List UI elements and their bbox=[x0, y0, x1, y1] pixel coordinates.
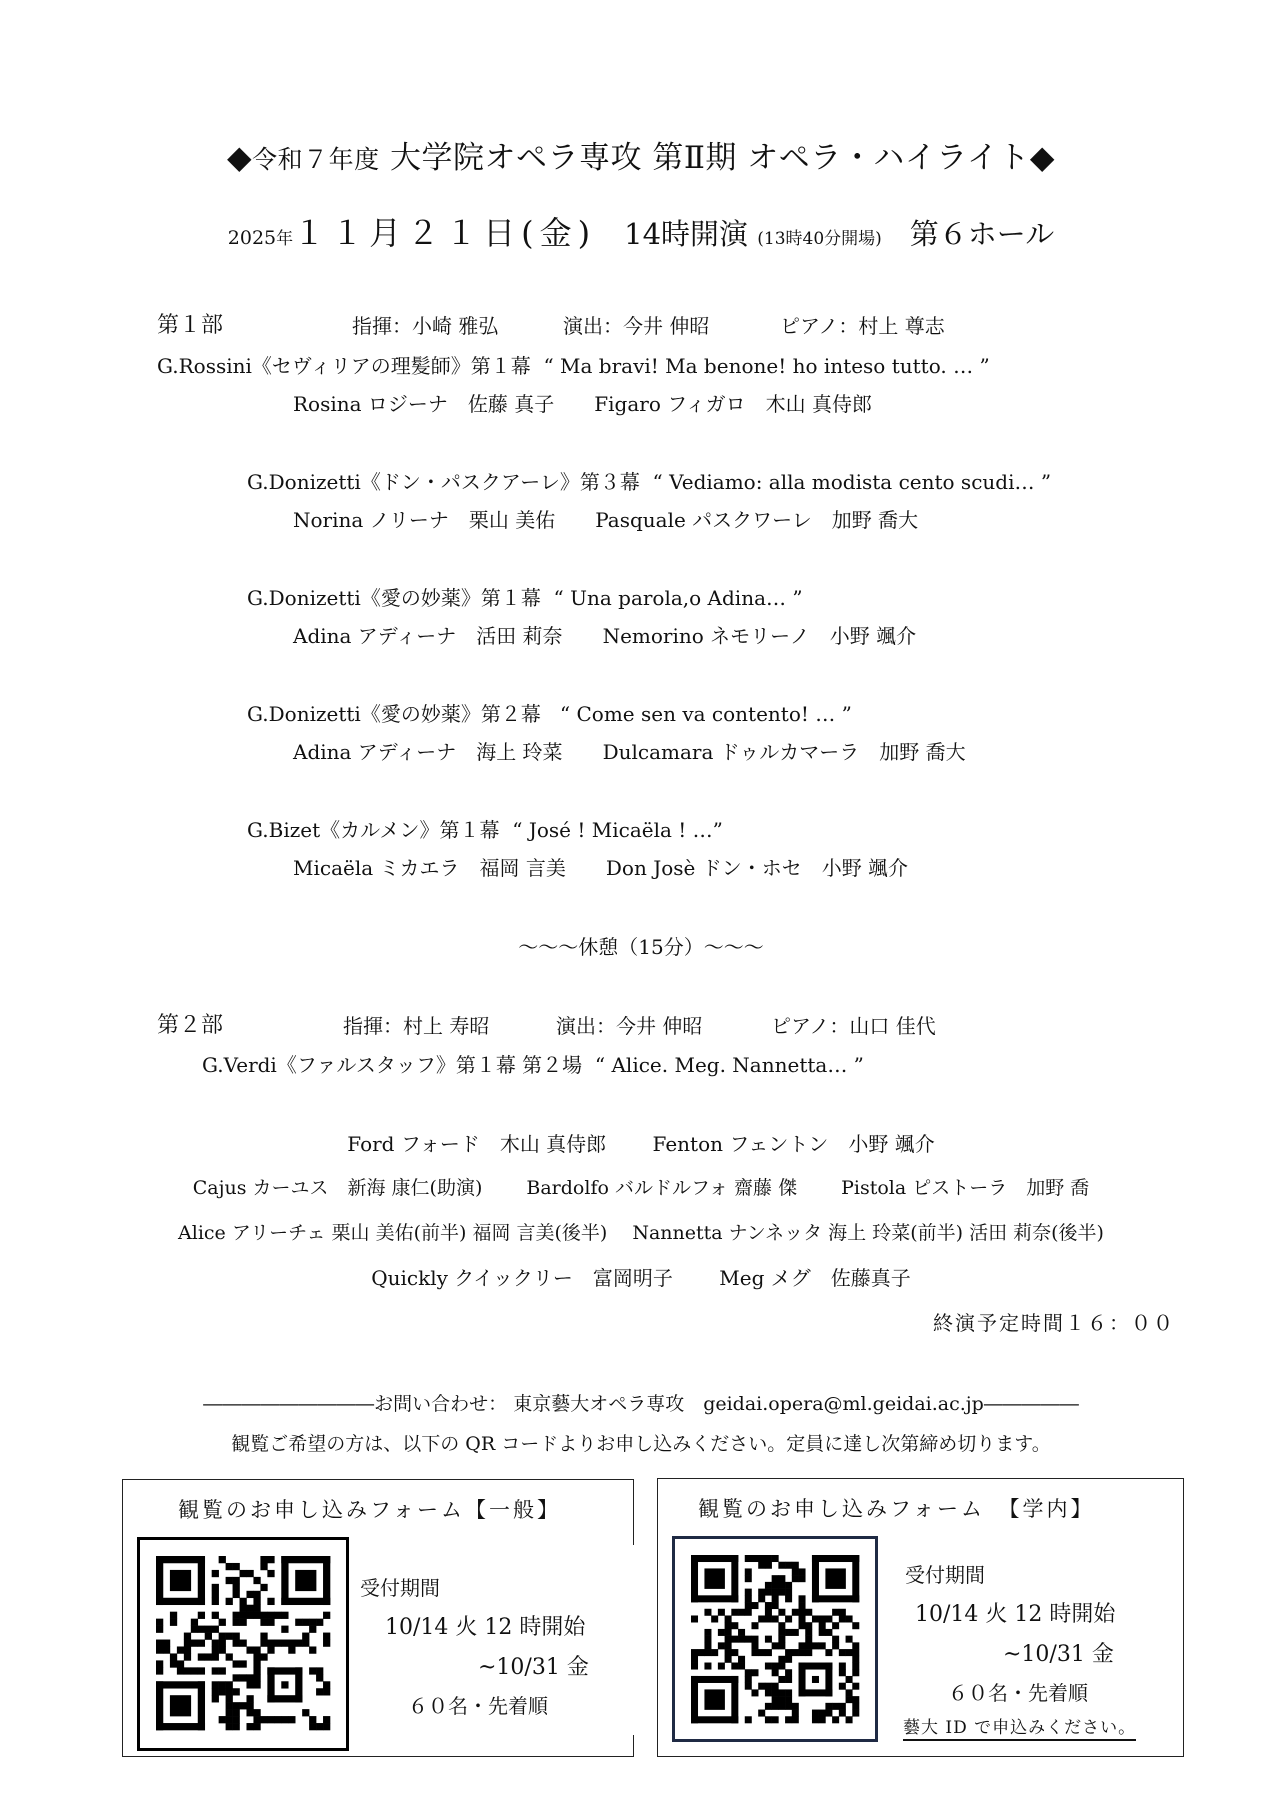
diamond-icon: ◆ bbox=[1030, 138, 1055, 176]
period-end: ~10/31 金 bbox=[478, 1650, 589, 1681]
capacity: ６０名・先着順 bbox=[408, 1690, 548, 1719]
piece-title: G.Donizetti《愛の妙薬》第１幕 “ Una parola,o Adin… bbox=[247, 582, 803, 611]
capacity: ６０名・先着順 bbox=[948, 1677, 1088, 1706]
period-start: 10/14 火 12 時開始 bbox=[915, 1597, 1115, 1628]
piece-title: G.Rossini《セヴィリアの理髪師》第１幕 “ Ma bravi! Ma b… bbox=[157, 350, 990, 379]
part1-conductor: 指揮：小崎 雅弘 bbox=[352, 310, 498, 339]
part1-director: 演出：今井 伸昭 bbox=[563, 310, 709, 339]
cast-line: Quickly クイックリー 富岡明子 Meg メグ 佐藤真子 bbox=[0, 1262, 1282, 1291]
contact-line: ―――――――――お問い合わせ： 東京藝大オペラ専攻 geidai.opera@… bbox=[0, 1389, 1282, 1416]
form-box-internal: 観覧のお申し込みフォーム 【学内】 受付期間 10/14 火 12 時開始 ~1… bbox=[657, 1478, 1184, 1757]
qr-code-icon[interactable] bbox=[672, 1536, 878, 1742]
piece-title: G.Bizet《カルメン》第１幕 “ José ! Micaëla ! …” bbox=[247, 814, 723, 843]
period-label: 受付期間 bbox=[360, 1572, 440, 1601]
date-year-unit: 年 bbox=[276, 229, 293, 249]
period-end: ~10/31 金 bbox=[1003, 1637, 1114, 1668]
aria-title: “ Come sen va contento! … ” bbox=[560, 702, 852, 726]
form-box-general: 観覧のお申し込みフォーム【一般】 受付期間 10/14 火 12 時開始 ~10… bbox=[122, 1479, 634, 1757]
intermission-note: 〜〜〜休憩（15分）〜〜〜 bbox=[0, 931, 1282, 960]
part2-conductor: 指揮：村上 寿昭 bbox=[343, 1010, 489, 1039]
event-date: １１月２１日(金) bbox=[293, 214, 596, 252]
cast-line: Alice アリーチェ 栗山 美佑(前半) 福岡 言美(後半) Nannetta… bbox=[0, 1218, 1282, 1245]
cast-line: Adina アディーナ 海上 玲菜Dulcamara ドゥルカマーラ 加野 喬大 bbox=[293, 736, 966, 765]
start-time: 14時開演 bbox=[624, 217, 748, 251]
title-main: 大学院オペラ専攻 第Ⅱ期 オペラ・ハイライト bbox=[390, 140, 1030, 176]
cast-line: Norina ノリーナ 栗山 美佑Pasquale パスクワーレ 加野 喬大 bbox=[293, 504, 918, 533]
form-title: 観覧のお申し込みフォーム【一般】 bbox=[178, 1494, 561, 1524]
page-title: ◆令和７年度 大学院オペラ専攻 第Ⅱ期 オペラ・ハイライト◆ bbox=[0, 132, 1282, 177]
part2-director: 演出：今井 伸昭 bbox=[556, 1010, 702, 1039]
aria-title: “ Una parola,o Adina… ” bbox=[554, 586, 803, 610]
part2-piano: ピアノ：山口 佳代 bbox=[771, 1010, 936, 1039]
form-title: 観覧のお申し込みフォーム 【学内】 bbox=[698, 1493, 1094, 1523]
aria-title: “ Ma bravi! Ma benone! ho inteso tutto. … bbox=[543, 354, 989, 378]
doors-open: (13時40分開場) bbox=[757, 229, 882, 249]
piece-title: G.Donizetti《ドン・パスクアーレ》第３幕 “ Vediamo: all… bbox=[247, 466, 1051, 495]
diamond-icon: ◆ bbox=[227, 138, 252, 176]
title-era: 令和７年度 bbox=[252, 145, 380, 174]
event-date-line: 2025年１１月２１日(金)14時開演 (13時40分開場)第６ホール bbox=[0, 208, 1282, 254]
period-label: 受付期間 bbox=[905, 1559, 985, 1588]
application-notice: 観覧ご希望の方は、以下の QR コードよりお申し込みください。定員に達し次第締め… bbox=[0, 1429, 1282, 1456]
piece-title: G.Verdi《ファルスタッフ》第１幕 第２場 “ Alice. Meg. Na… bbox=[202, 1049, 864, 1078]
cast-line: Rosina ロジーナ 佐藤 真子Figaro フィガロ 木山 真侍郎 bbox=[293, 388, 872, 417]
cast-line: Ford フォード 木山 真侍郎 Fenton フェントン 小野 颯介 bbox=[0, 1128, 1282, 1157]
aria-title: “ Vediamo: alla modista cento scudi… ” bbox=[653, 470, 1052, 494]
piece-title: G.Donizetti《愛の妙薬》第２幕 “ Come sen va conte… bbox=[247, 698, 852, 727]
part1-label: 第１部 bbox=[157, 308, 223, 339]
end-time: 終演予定時間１６：００ bbox=[933, 1307, 1175, 1336]
cast-line: Adina アディーナ 活田 莉奈Nemorino ネモリーノ 小野 颯介 bbox=[293, 620, 916, 649]
aria-title: “ Alice. Meg. Nannetta… ” bbox=[595, 1053, 864, 1077]
qr-code-icon[interactable] bbox=[137, 1537, 349, 1751]
part2-label: 第２部 bbox=[157, 1008, 223, 1039]
cast-line: Micaëla ミカエラ 福岡 言美Don Josè ドン・ホセ 小野 颯介 bbox=[293, 852, 908, 881]
date-year: 2025 bbox=[228, 227, 276, 249]
part1-piano: ピアノ：村上 尊志 bbox=[780, 310, 945, 339]
period-start: 10/14 火 12 時開始 bbox=[385, 1610, 585, 1641]
aria-title: “ José ! Micaëla ! …” bbox=[512, 818, 723, 842]
id-note: 藝大 ID で申込みください。 bbox=[903, 1713, 1136, 1738]
venue: 第６ホール bbox=[910, 217, 1054, 251]
cast-line: Cajus カーユス 新海 康仁(助演) Bardolfo バルドルフォ 齋藤 … bbox=[0, 1173, 1282, 1200]
